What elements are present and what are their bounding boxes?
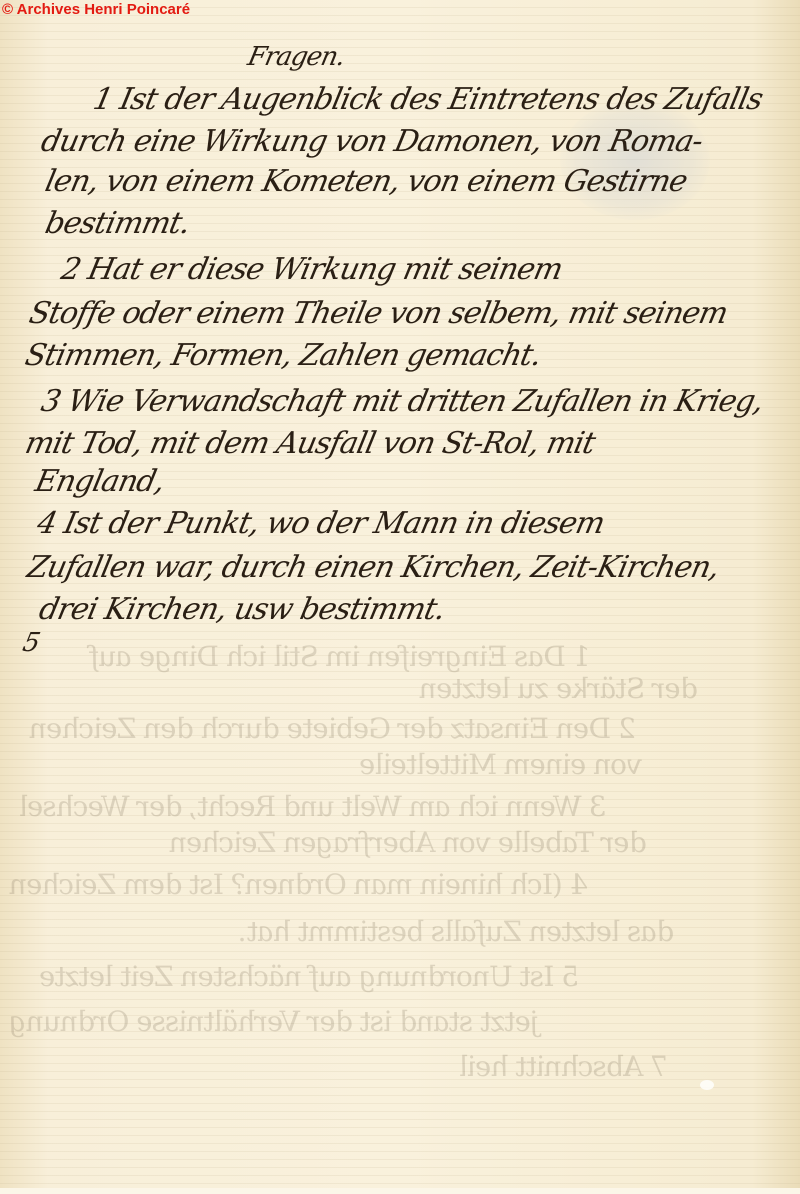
bleed-through-line: 5 Ist Unordnung auf nächsten Zeit letzte xyxy=(37,960,582,993)
bleed-through-line: 7 Abschnitt heil xyxy=(457,1050,671,1083)
bleed-through-line: 3 Wenn ich am Welt und Recht, der Wechse… xyxy=(17,790,609,823)
handwritten-line: mit Tod, mit dem Ausfall von St-Rol, mit xyxy=(22,426,598,461)
handwritten-line: durch eine Wirkung von Damonen, von Roma… xyxy=(38,124,706,159)
handwritten-line: 5 xyxy=(20,628,42,658)
heading-handwriting: Fragen. xyxy=(245,42,347,72)
handwritten-line: len, von einem Kometen, von einem Gestir… xyxy=(42,164,690,199)
handwritten-line: 4 Ist der Punkt, wo der Mann in diesem xyxy=(34,506,607,541)
bleed-through-line: 1 Das Eingreifen im Stil ich Dinge auf xyxy=(87,640,593,673)
bleed-through-line: das letzten Zufalls bestimmt hat. xyxy=(237,915,677,948)
handwritten-line: England, xyxy=(32,464,167,499)
handwritten-line: drei Kirchen, usw bestimmt. xyxy=(36,592,448,627)
bleed-through-line: 4 (Ich hinein man Ordnen? Ist dem Zeiche… xyxy=(7,868,590,901)
bleed-through-line: 2 Den Einsatz der Gebiete durch den Zeic… xyxy=(27,712,638,745)
bleed-through-line: der Tabelle von Aberfragen Zeichen xyxy=(167,826,650,859)
manuscript-page: © Archives Henri Poincaré 1 Das Eingreif… xyxy=(0,0,800,1194)
handwritten-line: 1 Ist der Augenblick des Eintretens des … xyxy=(90,82,765,117)
bleed-through-line: jetzt stand ist der Verhältnisse Ordnung xyxy=(7,1005,542,1038)
handwritten-line: 3 Wie Verwandschaft mit dritten Zufallen… xyxy=(38,384,766,419)
copyright-watermark: © Archives Henri Poincaré xyxy=(2,1,190,18)
handwritten-line: Stimmen, Formen, Zahlen gemacht. xyxy=(22,338,544,373)
handwritten-line: Zufallen war, durch einen Kirchen, Zeit-… xyxy=(24,550,722,585)
handwritten-line: Stoffe oder einem Theile von selbem, mit… xyxy=(26,296,730,331)
handwritten-line: 2 Hat er diese Wirkung mit seinem xyxy=(58,252,565,287)
handwritten-line: bestimmt. xyxy=(42,206,193,241)
bleed-through-line: von einem Mittelteile xyxy=(357,748,645,781)
paper-blemish xyxy=(700,1080,714,1090)
bleed-through-line: der Stärke zu letzten xyxy=(417,672,701,705)
faded-stamp xyxy=(560,100,710,220)
page-edge xyxy=(0,1188,800,1194)
